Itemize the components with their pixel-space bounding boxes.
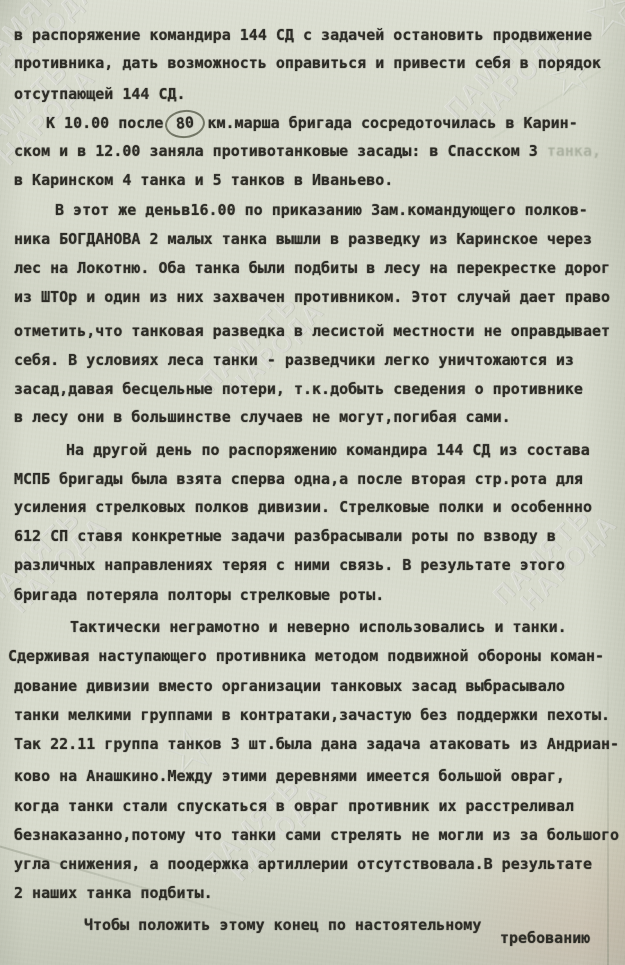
text-line: танки мелкими группами в контратаки,зача…	[14, 705, 610, 725]
text-line: дование дивизии вместо организации танко…	[14, 676, 565, 696]
text-segment: км.марша бригада сосредоточилась в Карин…	[207, 114, 577, 132]
pencil-circle-annotation: 80	[164, 108, 207, 140]
text-line: бригада потеряла полторы стрелковые роты…	[14, 585, 384, 605]
text-line: когда танки стали спускаться в овраг про…	[14, 796, 574, 816]
text-line: 612 СП ставя конкретные задачи разбрасыв…	[14, 526, 556, 546]
text-line: себя. В условиях леса танки - разведчики…	[14, 350, 574, 370]
archive-watermark: ПАМЯТЬНАРОДА	[0, 0, 101, 92]
text-line: отсутпающей 144 СД.	[14, 84, 186, 104]
text-line: отметить,что танковая разведка в лесисто…	[14, 321, 610, 341]
text-line: ково на Анашкино.Между этими деревнями и…	[14, 766, 565, 786]
text-line: засад,давая бесцельные потери, т.к.добыт…	[14, 379, 583, 399]
text-line: Так 22.11 группа танков 3 шт.была дана з…	[14, 734, 619, 754]
text-line: В этот же деньв16.00 по приказанию Зам.к…	[55, 200, 588, 220]
faded-text-fragment: танка,	[538, 142, 601, 160]
text-line: в лесу они в большинстве случаев не могу…	[14, 407, 511, 427]
text-line: усиления стрелковых полков дивизии. Стре…	[14, 497, 592, 517]
text-line: ника БОГДАНОВА 2 малых танка вышли в раз…	[14, 229, 592, 249]
text-line: 2 наших танка подбиты.	[14, 883, 213, 903]
text-line: безнаказанно,потому что танки сами стрел…	[14, 825, 619, 845]
text-line: противника, дать возможность оправиться …	[14, 53, 601, 73]
text-segment: К 10.00 после	[46, 114, 163, 132]
text-line: Тактически неграмотно и неверно использо…	[70, 617, 567, 637]
text-line: ском и в 12.00 заняла противотанковые за…	[14, 141, 601, 161]
document-page: ПАМЯТЬНАРОДАПАМЯТЬНАРОДАПАМЯТЬНАРОДАПАМЯ…	[0, 0, 625, 965]
paper-crease	[607, 630, 609, 965]
text-line: различных направлениях теряя с ними связ…	[14, 555, 565, 575]
text-line: в распоряжение командира 144 СД с задаче…	[14, 25, 592, 45]
text-line: в Каринском 4 танка и 5 танков в Иваньев…	[14, 170, 393, 190]
text-line: Чтобы положить этому конец по настоятель…	[84, 915, 481, 935]
text-line: угла снижения, а поодержка артиллерии от…	[14, 854, 592, 874]
text-line: К 10.00 после80км.марша бригада сосредот…	[46, 110, 578, 138]
text-line: лес на Локотню. Оба танка были подбиты в…	[14, 258, 610, 278]
paper-crease	[0, 839, 264, 924]
text-line: требованию	[500, 928, 590, 948]
text-line: из ШТОр и один из них захвачен противник…	[14, 287, 610, 307]
text-line: Сдерживая наступающего противника методо…	[8, 646, 604, 666]
text-line: На другой день по распоряжению командира…	[66, 440, 590, 460]
text-line: МСПБ бригады была взята сперва одна,а по…	[14, 469, 583, 489]
